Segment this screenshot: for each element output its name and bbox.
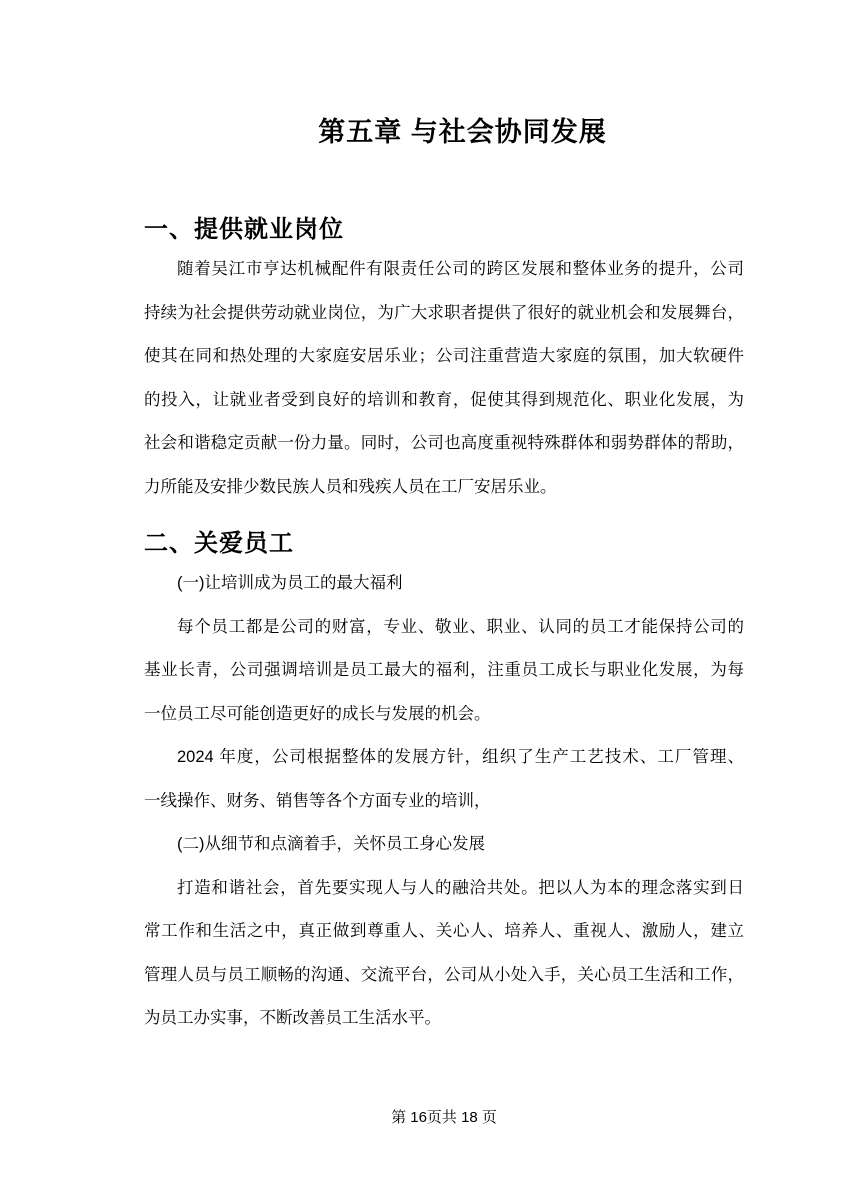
text-line: 基业长青，公司强调培训是员工最大的福利，注重员工成长与职业化发展，为每 <box>144 649 744 693</box>
text-line: 打造和谐社会，首先要实现人与人的融洽共处。把以人为本的理念落实到日 <box>144 867 744 911</box>
text-line: 每个员工都是公司的财富，专业、敬业、职业、认同的员工才能保持公司的 <box>144 606 744 650</box>
paragraph-3: 2024 年度，公司根据整体的发展方针，组织了生产工艺技术、工厂管理、 一线操作… <box>144 736 744 823</box>
text-line: 管理人员与员工顺畅的沟通、交流平台，公司从小处入手，关心员工生活和工作， <box>144 954 744 998</box>
text-line: 常工作和生活之中，真正做到尊重人、关心人、培养人、重视人、激励人，建立 <box>144 910 744 954</box>
text-line: 随着吴江市亨达机械配件有限责任公司的跨区发展和整体业务的提升，公司 <box>144 248 744 292</box>
text-line: 一线操作、财务、销售等各个方面专业的培训， <box>144 780 744 824</box>
text-line: 2024 年度，公司根据整体的发展方针，组织了生产工艺技术、工厂管理、 <box>144 736 744 780</box>
text-line: 的投入，让就业者受到良好的培训和教育，促使其得到规范化、职业化发展，为 <box>144 379 744 423</box>
document-content: 第五章 与社会协同发展 一、提供就业岗位 随着吴江市亨达机械配件有限责任公司的跨… <box>144 0 744 1041</box>
page-number-footer: 第 16页共 18 页 <box>144 1108 744 1128</box>
text-line: 使其在同和热处理的大家庭安居乐业；公司注重营造大家庭的氛围，加大软硬件 <box>144 335 744 379</box>
subheading-2: (二)从细节和点滴着手，关怀员工身心发展 <box>144 823 744 867</box>
paragraph-1: 随着吴江市亨达机械配件有限责任公司的跨区发展和整体业务的提升，公司 持续为社会提… <box>144 248 744 509</box>
text-line: 持续为社会提供劳动就业岗位，为广大求职者提供了很好的就业机会和发展舞台， <box>144 292 744 336</box>
text-line: 一位员工尽可能创造更好的成长与发展的机会。 <box>144 693 744 737</box>
text-line: 力所能及安排少数民族人员和残疾人员在工厂安居乐业。 <box>144 466 744 510</box>
chapter-title: 第五章 与社会协同发展 <box>144 0 744 152</box>
paragraph-4: 打造和谐社会，首先要实现人与人的融洽共处。把以人为本的理念落实到日 常工作和生活… <box>144 867 744 1041</box>
section-heading-1: 一、提供就业岗位 <box>144 212 744 248</box>
text-line: 社会和谐稳定贡献一份力量。同时，公司也高度重视特殊群体和弱势群体的帮助， <box>144 422 744 466</box>
subheading-1: (一)让培训成为员工的最大福利 <box>144 562 744 606</box>
document-page: 第五章 与社会协同发展 一、提供就业岗位 随着吴江市亨达机械配件有限责任公司的跨… <box>0 0 850 1202</box>
paragraph-2: 每个员工都是公司的财富，专业、敬业、职业、认同的员工才能保持公司的 基业长青，公… <box>144 606 744 737</box>
text-line: 为员工办实事，不断改善员工生活水平。 <box>144 997 744 1041</box>
section-heading-2: 二、关爱员工 <box>144 526 744 562</box>
